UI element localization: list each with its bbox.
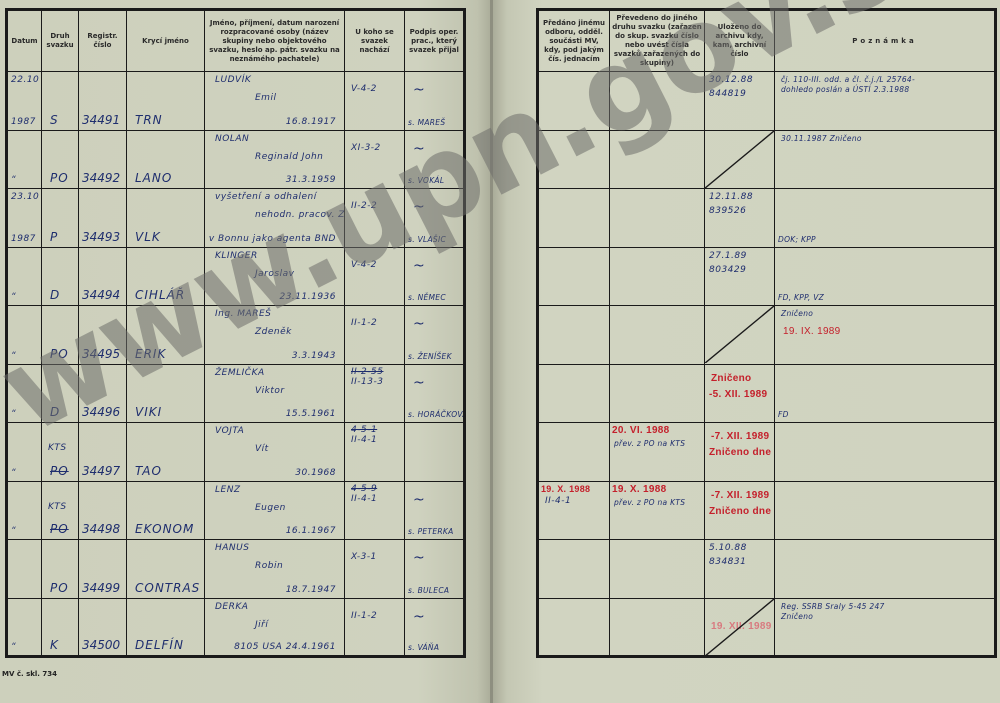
table-row: “ D 34494 CIHLÁŘ KLINGER Jaroslav 23.11.… <box>7 247 465 306</box>
col-header-file-type: Druh svazku <box>42 10 79 72</box>
reg-number-cell: 34495 <box>79 306 127 365</box>
signature-cell: ~ s. VOKÁL <box>405 130 465 189</box>
archived-cell: Zničeno -5. XII. 1989 <box>705 364 775 423</box>
person-cell: NOLAN Reginald John 31.3.1959 <box>205 130 345 189</box>
signature-scrawl: ~ <box>413 316 426 332</box>
note-line1: Reg. SSRB Sraly 5-45 247 <box>781 602 885 611</box>
date-bottom: “ <box>11 351 16 361</box>
handed-over-note: II-4-1 <box>545 496 571 506</box>
reg-number: 34499 <box>82 581 120 595</box>
location-struck: II-2-55 <box>351 367 383 377</box>
transferred-note: přev. z PO na KTS <box>614 439 685 448</box>
date-bottom: 1987 <box>11 117 36 127</box>
person-line1: KLINGER <box>215 251 258 261</box>
note-cell: Reg. SSRB Sraly 5-45 247 Zničeno <box>775 598 996 657</box>
person-line1: LUDVÍK <box>215 75 251 85</box>
person-line1: VOJTA <box>215 426 244 436</box>
table-row: “ KTS PO 34498 EKONOM LENZ Eugen 16.1.19… <box>7 481 465 540</box>
signature-scrawl: ~ <box>413 82 426 98</box>
location: II-4-1 <box>351 435 377 445</box>
file-type-cell: D <box>42 247 79 306</box>
cover-name-cell: TRN <box>127 72 205 131</box>
location-cell: 4-5-1 II-4-1 <box>345 423 405 482</box>
location: V-4-2 <box>351 84 377 94</box>
archived-cell: 12.11.88 839526 <box>705 189 775 248</box>
table-row: 30.11.1987 Zničeno <box>538 130 996 189</box>
note-stamp: 19. IX. 1989 <box>783 326 841 337</box>
date-bottom: “ <box>11 642 16 652</box>
file-type-cell: PO <box>42 540 79 599</box>
note-cell: 30.11.1987 Zničeno <box>775 130 996 189</box>
col-header-signature: Podpis oper. prac., který svazek přijal <box>405 10 465 72</box>
file-type-cell: P <box>42 189 79 248</box>
note-cell: FD <box>775 364 996 423</box>
file-type-cell: PO <box>42 130 79 189</box>
signature-scrawl: ~ <box>413 492 426 508</box>
register-table-left: Datum Druh svazku Registr. číslo Krycí j… <box>5 8 466 658</box>
signature-cell: ~ s. HORÁČKOVÁ <box>405 364 465 423</box>
date-bottom: 1987 <box>11 234 36 244</box>
archived-cell: 27.1.89 803429 <box>705 247 775 306</box>
signature-scrawl: ~ <box>413 199 426 215</box>
reg-number-cell: 34491 <box>79 72 127 131</box>
location: V-4-2 <box>351 260 377 270</box>
reg-number-cell: 34496 <box>79 364 127 423</box>
person-cell: Ing. MAREŠ Zdeněk 3.3.1943 <box>205 306 345 365</box>
archived-date: 5.10.88 <box>709 543 747 553</box>
transferred-cell <box>610 189 705 248</box>
person-line3: 18.7.1947 <box>286 585 336 595</box>
person-line3: 8105 USA 24.4.1961 <box>234 642 336 652</box>
header-row: Předáno jinému odboru, odděl. součásti M… <box>538 10 996 72</box>
location: X-3-1 <box>351 552 377 562</box>
handed-over-cell <box>538 364 610 423</box>
archived-cell: 30.12.88 844819 <box>705 72 775 131</box>
person-cell: vyšetření a odhalení nehodn. pracov. ZÚ … <box>205 189 345 248</box>
location: XI-3-2 <box>351 143 381 153</box>
date-bottom: “ <box>11 175 16 185</box>
signature-scrawl: ~ <box>413 550 426 566</box>
signature-name: s. MAREŠ <box>408 118 445 127</box>
person-line2: Vít <box>255 444 269 454</box>
table-row: “ KTS PO 34497 TAO VOJTA Vít 30.1968 4-5… <box>7 423 465 482</box>
person-cell: ŽEMLIČKA Viktor 15.5.1961 <box>205 364 345 423</box>
transferred-stamp: 20. VI. 1988 <box>612 425 670 436</box>
file-type-cell: PO <box>42 306 79 365</box>
location-cell: V-4-2 <box>345 72 405 131</box>
archived-cell <box>705 130 775 189</box>
archived-cell: -7. XII. 1989 Zničeno dne <box>705 481 775 540</box>
person-line1: Ing. MAREŠ <box>215 309 271 319</box>
note-cell <box>775 423 996 482</box>
table-row: 19. XII. 1989 Reg. SSRB Sraly 5-45 247 Z… <box>538 598 996 657</box>
note-cell: 19. IX. 1989 Zničeno <box>775 306 996 365</box>
cancel-diagonal <box>705 306 774 363</box>
header-row: Datum Druh svazku Registr. číslo Krycí j… <box>7 10 465 72</box>
date-cell: “ <box>7 598 42 657</box>
reg-number-cell: 34498 <box>79 481 127 540</box>
cover-name-cell: ERIK <box>127 306 205 365</box>
transferred-cell <box>610 540 705 599</box>
transferred-cell <box>610 364 705 423</box>
archived-stamp-line2: Zničeno dne <box>709 506 771 517</box>
handed-over-stamp: 19. X. 1988 <box>541 484 590 494</box>
form-code: MV č. skl. 734 <box>2 670 57 678</box>
person-line1: HANUS <box>215 543 249 553</box>
table-row: 19. IX. 1989 Zničeno <box>538 306 996 365</box>
col-header-location: U koho se svazek nachází <box>345 10 405 72</box>
cover-name: LANO <box>135 171 172 185</box>
location-cell: II-1-2 <box>345 598 405 657</box>
transferred-stamp: 19. X. 1988 <box>612 484 666 495</box>
signature-name: s. BULECA <box>408 586 449 595</box>
person-line1: DERKA <box>215 602 248 612</box>
location-cell: X-3-1 <box>345 540 405 599</box>
signature-cell: ~ s. MAREŠ <box>405 72 465 131</box>
location-cell: II-2-55 II-13-3 <box>345 364 405 423</box>
location-cell: II-2-2 <box>345 189 405 248</box>
cover-name-cell: LANO <box>127 130 205 189</box>
file-type: K <box>50 638 59 652</box>
date-cell: 23.10 1987 <box>7 189 42 248</box>
transferred-cell <box>610 72 705 131</box>
cover-name-cell: TAO <box>127 423 205 482</box>
reg-number: 34491 <box>82 113 120 127</box>
table-row: 27.1.89 803429 FD, KPP, VZ <box>538 247 996 306</box>
file-type-new: KTS <box>48 502 67 512</box>
person-line2: Jaroslav <box>255 269 294 279</box>
table-row: 30.12.88 844819 čj. 110-III. odd. a čl. … <box>538 72 996 131</box>
location-cell: II-1-2 <box>345 306 405 365</box>
transferred-cell <box>610 598 705 657</box>
person-line2: Viktor <box>255 386 285 396</box>
signature-scrawl: ~ <box>413 375 426 391</box>
person-line3: 16.8.1917 <box>286 117 336 127</box>
note-bottom: FD, KPP, VZ <box>778 293 824 302</box>
reg-number: 34497 <box>82 464 120 478</box>
archived-number: 844819 <box>709 89 746 99</box>
date-bottom: “ <box>11 526 16 536</box>
file-type: PO <box>50 522 69 536</box>
archived-number: 834831 <box>709 557 746 567</box>
date-cell: “ <box>7 247 42 306</box>
signature-name: s. NĚMEC <box>408 293 446 302</box>
signature-name: s. ŽENÍŠEK <box>408 352 452 361</box>
file-type: PO <box>50 347 69 361</box>
person-cell: DERKA Jiří 8105 USA 24.4.1961 <box>205 598 345 657</box>
date-cell: “ <box>7 423 42 482</box>
date-top: 22.10 <box>11 75 39 85</box>
signature-cell: ~ s. ŽENÍŠEK <box>405 306 465 365</box>
signature-name: s. VOKÁL <box>408 176 444 185</box>
col-header-reg-number: Registr. číslo <box>79 10 127 72</box>
handed-over-cell: 19. X. 1988 II-4-1 <box>538 481 610 540</box>
date-cell: “ <box>7 130 42 189</box>
archived-date: 12.11.88 <box>709 192 753 202</box>
location: II-13-3 <box>351 377 383 387</box>
archived-date: 30.12.88 <box>709 75 753 85</box>
note-line2: Zničeno <box>781 612 813 621</box>
file-type: PO <box>50 171 69 185</box>
reg-number-cell: 34499 <box>79 540 127 599</box>
person-line2: Robin <box>255 561 283 571</box>
cover-name: VIKI <box>135 405 162 419</box>
signature-name: s. HORÁČKOVÁ <box>408 410 465 419</box>
person-line1: NOLAN <box>215 134 249 144</box>
file-type: D <box>50 288 60 302</box>
reg-number-cell: 34494 <box>79 247 127 306</box>
file-type-cell: K <box>42 598 79 657</box>
cover-name-cell: DELFÍN <box>127 598 205 657</box>
person-line2: nehodn. pracov. ZÚ ČSSR <box>255 210 345 220</box>
transferred-note: přev. z PO na KTS <box>614 498 685 507</box>
table-row: “ D 34496 VIKI ŽEMLIČKA Viktor 15.5.1961… <box>7 364 465 423</box>
cover-name: VLK <box>135 230 161 244</box>
file-type: PO <box>50 464 69 478</box>
signature-name: s. VLAŠIC <box>408 235 446 244</box>
reg-number-cell: 34497 <box>79 423 127 482</box>
archived-cell: 5.10.88 834831 <box>705 540 775 599</box>
person-line1: vyšetření a odhalení <box>215 192 317 202</box>
col-header-transferred: Převedeno do jiného druhu svazku (zařaze… <box>610 10 705 72</box>
handed-over-cell <box>538 130 610 189</box>
person-line2: Jiří <box>255 620 268 630</box>
reg-number: 34500 <box>82 638 120 652</box>
note-line2: dohledo poslán a ÚSTÍ 2.3.1988 <box>781 85 909 94</box>
person-line2: Emil <box>255 93 276 103</box>
note-bottom: DOK; KPP <box>778 235 816 244</box>
col-header-archived: Uloženo do archivu kdy, kam, archivní čí… <box>705 10 775 72</box>
col-header-person: Jméno, příjmení, datum narození rozpraco… <box>205 10 345 72</box>
person-line2: Zdeněk <box>255 327 292 337</box>
transferred-cell <box>610 247 705 306</box>
archived-cell: 19. XII. 1989 <box>705 598 775 657</box>
table-row: 22.10 1987 S 34491 TRN LUDVÍK Emil 16.8.… <box>7 72 465 131</box>
col-header-date: Datum <box>7 10 42 72</box>
archived-number: 839526 <box>709 206 746 216</box>
location-cell: XI-3-2 <box>345 130 405 189</box>
archived-stamp-line1: -7. XII. 1989 <box>711 431 769 442</box>
person-line3: 30.1968 <box>295 468 336 478</box>
table-row: Zničeno -5. XII. 1989 FD <box>538 364 996 423</box>
person-line2: Eugen <box>255 503 286 513</box>
table-row: 5.10.88 834831 <box>538 540 996 599</box>
signature-cell: ~ s. VLAŠIC <box>405 189 465 248</box>
note-cell <box>775 481 996 540</box>
file-type-cell: D <box>42 364 79 423</box>
cover-name: CONTRAS <box>135 581 200 595</box>
archived-stamp-faint: 19. XII. 1989 <box>711 621 772 632</box>
cover-name-cell: EKONOM <box>127 481 205 540</box>
location: II-1-2 <box>351 611 377 621</box>
signature-name: s. VÁŇA <box>408 643 439 652</box>
cancel-diagonal <box>705 131 774 188</box>
col-header-note: Poznámka <box>775 10 996 72</box>
reg-number-cell: 34493 <box>79 189 127 248</box>
reg-number: 34492 <box>82 171 120 185</box>
reg-number: 34494 <box>82 288 120 302</box>
cover-name: EKONOM <box>135 522 194 536</box>
file-type-cell: S <box>42 72 79 131</box>
table-row: 23.10 1987 P 34493 VLK vyšetření a odhal… <box>7 189 465 248</box>
archived-stamp-line1: Zničeno <box>711 373 751 384</box>
person-line1: LENZ <box>215 485 241 495</box>
date-top: 23.10 <box>11 192 39 202</box>
signature-scrawl: ~ <box>413 609 426 625</box>
reg-number: 34496 <box>82 405 120 419</box>
archived-cell: -7. XII. 1989 Zničeno dne <box>705 423 775 482</box>
reg-number: 34498 <box>82 522 120 536</box>
note-cell: čj. 110-III. odd. a čl. č.j./L 25764- do… <box>775 72 996 131</box>
archived-stamp-line2: -5. XII. 1989 <box>709 389 767 400</box>
cover-name-cell: VIKI <box>127 364 205 423</box>
file-type-new: KTS <box>48 443 67 453</box>
date-cell <box>7 540 42 599</box>
reg-number-cell: 34492 <box>79 130 127 189</box>
transferred-cell <box>610 306 705 365</box>
handed-over-cell <box>538 189 610 248</box>
note-cell: FD, KPP, VZ <box>775 247 996 306</box>
person-line3: v Bonnu jako agenta BND <box>209 234 336 244</box>
person-cell: HANUS Robin 18.7.1947 <box>205 540 345 599</box>
table-row: 19. X. 1988 II-4-1 19. X. 1988 přev. z P… <box>538 481 996 540</box>
cover-name-cell: VLK <box>127 189 205 248</box>
signature-scrawl: ~ <box>413 258 426 274</box>
person-cell: VOJTA Vít 30.1968 <box>205 423 345 482</box>
handed-over-cell <box>538 72 610 131</box>
table-row: 12.11.88 839526 DOK; KPP <box>538 189 996 248</box>
date-cell: “ <box>7 481 42 540</box>
cover-name: ERIK <box>135 347 166 361</box>
person-line3: 16.1.1967 <box>286 526 336 536</box>
handed-over-cell <box>538 423 610 482</box>
file-type: P <box>50 230 58 244</box>
location: II-1-2 <box>351 318 377 328</box>
location: II-4-1 <box>351 494 377 504</box>
archived-stamp-line1: -7. XII. 1989 <box>711 490 769 501</box>
register-table-right: Předáno jinému odboru, odděl. součásti M… <box>536 8 997 658</box>
person-cell: LUDVÍK Emil 16.8.1917 <box>205 72 345 131</box>
location-cell: V-4-2 <box>345 247 405 306</box>
date-bottom: “ <box>11 409 16 419</box>
location: II-2-2 <box>351 201 377 211</box>
table-row: 20. VI. 1988 přev. z PO na KTS -7. XII. … <box>538 423 996 482</box>
signature-name: s. PETERKA <box>408 527 454 536</box>
date-cell: “ <box>7 364 42 423</box>
table-row: “ PO 34492 LANO NOLAN Reginald John 31.3… <box>7 130 465 189</box>
archived-stamp-line2: Zničeno dne <box>709 447 771 458</box>
person-line1: ŽEMLIČKA <box>215 368 265 378</box>
handed-over-cell <box>538 598 610 657</box>
cover-name: TRN <box>135 113 163 127</box>
date-bottom: “ <box>11 468 16 478</box>
cover-name: TAO <box>135 464 162 478</box>
person-cell: LENZ Eugen 16.1.1967 <box>205 481 345 540</box>
archived-cell <box>705 306 775 365</box>
person-line3: 31.3.1959 <box>286 175 336 185</box>
note-line1: 30.11.1987 Zničeno <box>781 134 862 143</box>
transferred-cell: 19. X. 1988 přev. z PO na KTS <box>610 481 705 540</box>
file-type: S <box>50 113 59 127</box>
location-cell: 4-5-9 II-4-1 <box>345 481 405 540</box>
handed-over-cell <box>538 540 610 599</box>
date-cell: 22.10 1987 <box>7 72 42 131</box>
handed-over-cell <box>538 306 610 365</box>
reg-number: 34493 <box>82 230 120 244</box>
location-struck: 4-5-9 <box>351 484 377 494</box>
transferred-cell: 20. VI. 1988 přev. z PO na KTS <box>610 423 705 482</box>
handed-over-cell <box>538 247 610 306</box>
signature-cell: ~ s. PETERKA <box>405 481 465 540</box>
file-type-cell: KTS PO <box>42 423 79 482</box>
book-spine <box>490 0 493 703</box>
file-type: PO <box>50 581 69 595</box>
transferred-cell <box>610 130 705 189</box>
table-row: PO 34499 CONTRAS HANUS Robin 18.7.1947 X… <box>7 540 465 599</box>
person-line2: Reginald John <box>255 152 323 162</box>
cover-name-cell: CONTRAS <box>127 540 205 599</box>
note-line1: Zničeno <box>781 309 813 318</box>
person-cell: KLINGER Jaroslav 23.11.1936 <box>205 247 345 306</box>
signature-cell <box>405 423 465 482</box>
date-bottom: “ <box>11 292 16 302</box>
cover-name-cell: CIHLÁŘ <box>127 247 205 306</box>
cover-name: DELFÍN <box>135 638 184 652</box>
col-header-handed-over: Předáno jinému odboru, odděl. součásti M… <box>538 10 610 72</box>
file-type-cell: KTS PO <box>42 481 79 540</box>
person-line3: 23.11.1936 <box>279 292 336 302</box>
cover-name: CIHLÁŘ <box>135 288 185 302</box>
note-cell <box>775 540 996 599</box>
col-header-cover-name: Krycí jméno <box>127 10 205 72</box>
reg-number: 34495 <box>82 347 120 361</box>
date-cell: “ <box>7 306 42 365</box>
signature-cell: ~ s. NĚMEC <box>405 247 465 306</box>
person-line3: 3.3.1943 <box>292 351 336 361</box>
location-struck: 4-5-1 <box>351 425 377 435</box>
person-line3: 15.5.1961 <box>286 409 336 419</box>
note-cell: DOK; KPP <box>775 189 996 248</box>
note-bottom: FD <box>778 410 789 419</box>
signature-cell: ~ s. BULECA <box>405 540 465 599</box>
signature-cell: ~ s. VÁŇA <box>405 598 465 657</box>
signature-scrawl: ~ <box>413 141 426 157</box>
table-row: “ PO 34495 ERIK Ing. MAREŠ Zdeněk 3.3.19… <box>7 306 465 365</box>
note-line1: čj. 110-III. odd. a čl. č.j./L 25764- <box>781 75 915 84</box>
archived-date: 27.1.89 <box>709 251 747 261</box>
file-type: D <box>50 405 60 419</box>
reg-number-cell: 34500 <box>79 598 127 657</box>
table-row: “ K 34500 DELFÍN DERKA Jiří 8105 USA 24.… <box>7 598 465 657</box>
archived-number: 803429 <box>709 265 746 275</box>
